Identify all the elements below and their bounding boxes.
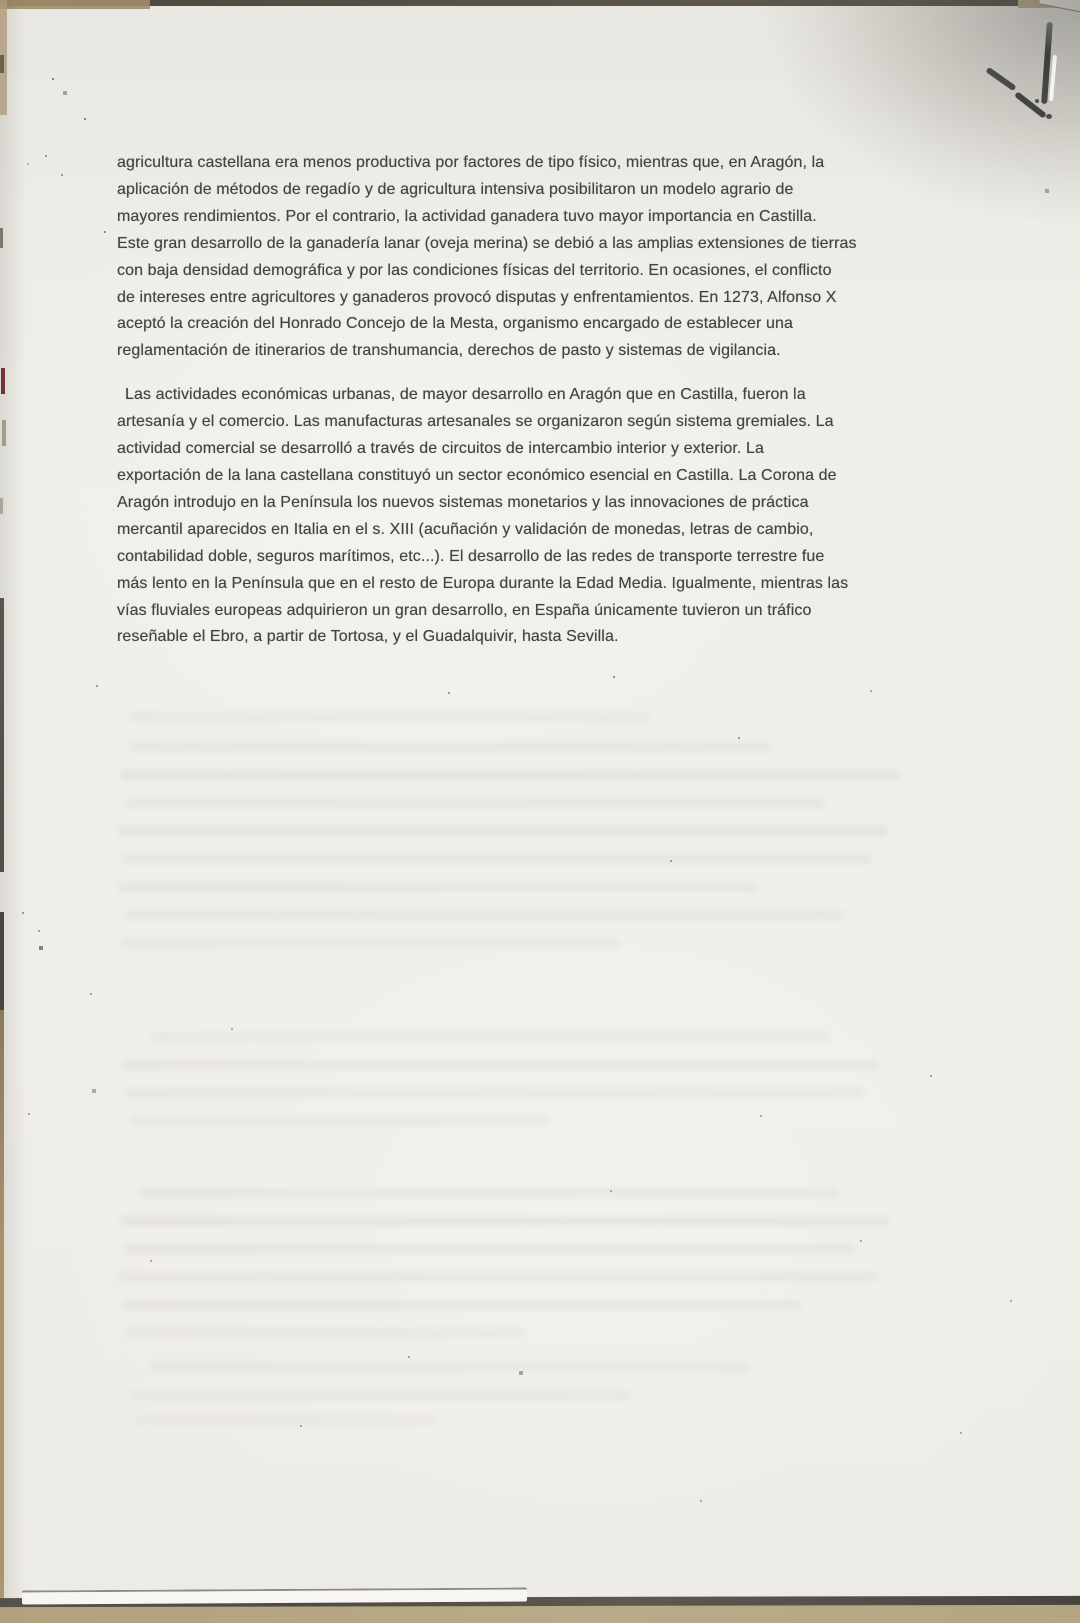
scan-edge-top-tan xyxy=(0,0,150,9)
text-line: reseñable el Ebro, a partir de Tortosa, … xyxy=(117,624,906,651)
text-line: aceptó la creación del Honrado Concejo d… xyxy=(117,311,906,338)
scan-edge-top xyxy=(0,0,1080,6)
left-edge-mark xyxy=(0,228,3,248)
bleed-through-line xyxy=(120,1060,880,1070)
ink-dot xyxy=(1035,99,1039,103)
bleed-through-line xyxy=(125,1244,855,1254)
text-line: más lento en la Península que en el rest… xyxy=(117,571,906,598)
pen-mark-highlight xyxy=(1049,55,1057,101)
bleed-through-line xyxy=(120,938,620,948)
ink-dot xyxy=(1046,114,1052,119)
bleed-through-line xyxy=(130,712,650,722)
text-block: agricultura castellana era menos product… xyxy=(117,150,906,651)
bleed-through-line xyxy=(118,882,758,892)
paragraph-livestock: agricultura castellana era menos product… xyxy=(117,150,906,365)
text-line: artesanía y el comercio. Las manufactura… xyxy=(117,409,906,436)
bleed-through-line xyxy=(150,1032,830,1042)
bleed-through-line xyxy=(122,1300,802,1310)
scanned-document-page: agricultura castellana era menos product… xyxy=(0,0,1080,1623)
scan-edge-bottom-tan xyxy=(0,1604,1080,1623)
paper-specks xyxy=(0,0,2,2)
bleed-through-line xyxy=(125,1088,865,1098)
left-edge-mark-maroon xyxy=(1,368,5,394)
left-edge-mark xyxy=(0,55,4,73)
text-line: Aragón introdujo en la Península los nue… xyxy=(117,490,906,517)
text-line: agricultura castellana era menos product… xyxy=(117,150,906,177)
left-edge-mark xyxy=(0,498,3,514)
bleed-through-line xyxy=(118,826,888,836)
text-line: Este gran desarrollo de la ganadería lan… xyxy=(117,231,906,258)
bleed-through-line xyxy=(125,910,845,920)
text-line: con baja densidad demográfica y por las … xyxy=(117,258,906,285)
text-line: de intereses entre agricultores y ganade… xyxy=(117,285,906,312)
text-line: exportación de la lana castellana consti… xyxy=(117,463,906,490)
bleed-through-line xyxy=(140,1188,840,1198)
bleed-through-line xyxy=(150,1362,750,1372)
bleed-through-line xyxy=(125,798,825,808)
text-line: reglamentación de itinerarios de transhu… xyxy=(117,338,906,365)
pen-mark xyxy=(985,67,1016,91)
left-edge-line-tan xyxy=(0,1010,4,1623)
text-line: mayores rendimientos. Por el contrario, … xyxy=(117,204,906,231)
paragraph-urban-economy: Las actividades económicas urbanas, de m… xyxy=(117,382,906,651)
bleed-through-line xyxy=(130,742,770,752)
bleed-through-line xyxy=(125,1328,525,1338)
bleed-through-line xyxy=(118,1272,878,1282)
bleed-through-line xyxy=(130,1116,550,1126)
text-line: Las actividades económicas urbanas, de m… xyxy=(117,382,906,409)
bleed-through-line xyxy=(120,1216,890,1226)
left-edge-mark xyxy=(2,420,6,446)
text-line: contabilidad doble, seguros marítimos, e… xyxy=(117,544,906,571)
bleed-through-line xyxy=(120,770,900,780)
bleed-through-line xyxy=(135,1415,435,1425)
text-line: aplicación de métodos de regadío y de ag… xyxy=(117,177,906,204)
text-line: mercantil aparecidos en Italia en el s. … xyxy=(117,517,906,544)
left-edge-line xyxy=(0,912,4,1012)
bleed-through-line xyxy=(122,854,872,864)
bleed-through-line xyxy=(130,1390,630,1400)
left-edge-line xyxy=(0,598,4,872)
text-line: vías fluviales europeas adquirieron un g… xyxy=(117,598,906,625)
text-line: actividad comercial se desarrolló a trav… xyxy=(117,436,906,463)
